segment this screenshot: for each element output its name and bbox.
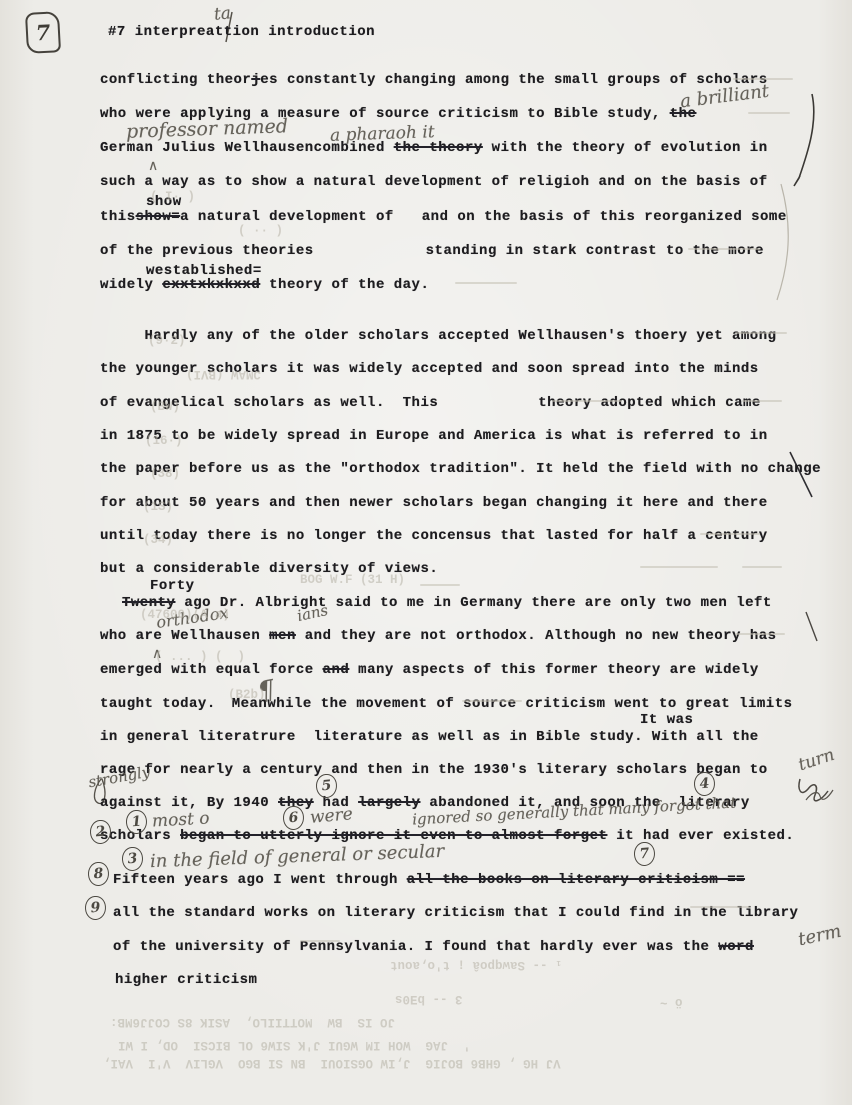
typed-text: such a way as to show a natural developm…: [100, 174, 768, 190]
typed-line: the paper before us as the "orthodox tra…: [100, 461, 821, 479]
handwritten-note: a pharaoh it: [330, 122, 435, 146]
bleed-text: ö ~: [660, 995, 683, 1009]
bleed-dash: [748, 112, 790, 114]
typed-line: conflicting theorjes constantly changing…: [100, 72, 768, 90]
scribble-tail: [806, 790, 833, 800]
bleed-text: (9·2): [148, 334, 186, 348]
bleed-dash: [742, 400, 782, 402]
typed-gap: [438, 405, 538, 406]
typed-line: such a way as to show a natural developm…: [100, 174, 768, 192]
bleed-dash: [735, 332, 787, 334]
typed-text: es constantly changing among the small g…: [260, 72, 767, 88]
typed-text: Forty: [150, 578, 195, 594]
scribble-mark: [799, 779, 828, 801]
struck-text: and: [323, 662, 350, 678]
typed-line: scholars began to utterly ignore it even…: [100, 828, 794, 846]
bleed-text: ' JAG WOH IM WGUI J'K SIW6 OL BICSI OD, …: [118, 1038, 471, 1052]
bleed-text: VJ HG , GHB6 BOJIG J,IW OGSIOUI BN SI BG…: [103, 1056, 561, 1070]
bleed-text: (38): [150, 467, 180, 481]
bleed-dash: [420, 584, 460, 586]
typed-line: of the university of Pennsylvania. I fou…: [113, 939, 754, 957]
typed-text: many aspects of this former theory are w…: [349, 662, 758, 678]
scanned-manuscript-page: 7 #7 interpreattion introductionconflict…: [0, 0, 852, 1105]
typed-line: who are Wellhausen men and they are not …: [100, 628, 777, 646]
typed-text: It was: [640, 712, 693, 728]
typed-line: It was: [640, 712, 693, 730]
bleed-text: ( I· ): [150, 190, 195, 204]
typed-text: of the university of Pennsylvania. I fou…: [113, 939, 718, 955]
handwritten-note: ∧: [148, 158, 158, 174]
typed-text: until today there is no longer the conce…: [100, 528, 768, 544]
typed-text: widely: [100, 277, 162, 293]
typed-text: it had ever existed.: [607, 828, 794, 844]
typed-text: for about 50 years and then newer schola…: [100, 495, 768, 511]
typed-text: rage for nearly a century and then in th…: [100, 762, 768, 778]
typed-text: Fifteen years ago I went through: [113, 872, 407, 888]
bleed-dash: [688, 248, 760, 250]
bleed-text: ( ·· ): [238, 224, 283, 238]
typed-line: thisshow=a natural development ofand on …: [100, 209, 787, 227]
typed-gap: [216, 706, 232, 707]
bleed-text: BOG W.F (31 H): [300, 573, 405, 587]
typed-line: in 1875 to be widely spread in Europe an…: [100, 428, 768, 446]
typed-text: who are Wellhausen: [100, 628, 269, 644]
typed-text: #7 interpreattion introduction: [108, 24, 375, 40]
bleed-dash: [742, 566, 782, 568]
typed-text: and they are not orthodox. Although no n…: [296, 628, 777, 644]
typed-text: theory adopted which came: [538, 395, 761, 411]
typed-text: higher criticism: [115, 972, 257, 988]
typed-text: Meanwhile the movement of source critici…: [232, 696, 793, 712]
struck-text: show=: [136, 209, 181, 225]
bleed-text: (16·): [145, 434, 183, 448]
handwritten-note: ta: [213, 3, 232, 24]
bleed-dash: [735, 633, 785, 635]
typed-text: and on the basis of this reorganized som…: [422, 209, 787, 225]
typed-text: taught today.: [100, 696, 216, 712]
typed-line: widely exxtxkxkxxd theory of the day.: [100, 277, 429, 295]
bleed-dash: [462, 700, 522, 702]
typed-text: conflicting theor: [100, 72, 251, 88]
bleed-text: ƆMAW (BVI): [186, 367, 261, 381]
margin-curve-faint: [777, 184, 788, 300]
typed-line: emerged with equal force and many aspect…: [100, 662, 759, 680]
bleed-text: (BW): [150, 400, 180, 414]
handwritten-note: most o: [152, 809, 211, 832]
margin-stroke-top: [794, 94, 814, 186]
typed-line: of the previous theoriesstanding in star…: [100, 243, 764, 261]
typed-text: this: [100, 209, 136, 225]
struck-text: all the books on literary criticism ==: [407, 872, 745, 888]
bleed-dash: [300, 940, 340, 942]
typed-text: Hardly any of the older scholars accepte…: [100, 328, 777, 344]
typed-line: Hardly any of the older scholars accepte…: [100, 328, 777, 346]
struck-text: largely: [358, 795, 420, 811]
handwritten-note: were: [309, 804, 353, 828]
typed-line: Fifteen years ago I went through all the…: [113, 872, 745, 890]
typed-text: standing in stark contrast to the more: [426, 243, 764, 259]
bleed-text: (34): [143, 533, 173, 547]
bleed-dash: [552, 400, 622, 402]
typed-text: the paper before us as the "orthodox tra…: [100, 461, 821, 477]
struck-text: word: [718, 939, 754, 955]
typed-line: higher criticism: [115, 972, 257, 990]
bleed-text: (47600)(A a): [140, 608, 230, 622]
typed-line: #7 interpreattion introduction: [108, 24, 375, 42]
bleed-dash: [690, 906, 750, 908]
typed-gap: [314, 253, 426, 254]
bleed-text: JO IS BW MOTTIILO, ASIK 8S COJJ6MB:: [110, 1015, 395, 1029]
typed-line: in general literatrure literature as wel…: [100, 729, 759, 747]
bleed-dash: [700, 533, 760, 535]
typed-text: emerged with equal force: [100, 662, 323, 678]
struck-text: men: [269, 628, 296, 644]
bleed-text: 3 -- bƎ0s: [395, 992, 463, 1006]
typed-line: German Julius Wellhausencombined the the…: [100, 140, 768, 158]
typed-text: a natural development of: [180, 209, 394, 225]
typed-line: taught today.Meanwhile the movement of s…: [100, 696, 793, 714]
typed-text: theory of the day.: [260, 277, 429, 293]
typed-text: ago Dr. Albright said to me in Germany t…: [175, 595, 771, 611]
bleed-text: (B2b): [228, 688, 266, 702]
typed-text: of the previous theories: [100, 243, 314, 259]
bleed-text: (1S): [143, 500, 173, 514]
bleed-text: ( ... ) ( ): [155, 650, 245, 664]
typed-gap: [394, 219, 422, 220]
typed-text: in general literatrure literature as wel…: [100, 729, 759, 745]
typed-line: Forty: [150, 578, 195, 596]
typed-text: in 1875 to be widely spread in Europe an…: [100, 428, 768, 444]
typed-line: of evangelical scholars as well. Thisthe…: [100, 395, 761, 413]
bleed-dash: [733, 78, 793, 80]
typed-text: with the theory of evolution in: [483, 140, 768, 156]
typed-line: for about 50 years and then newer schola…: [100, 495, 768, 513]
bleed-dash: [640, 566, 718, 568]
bleed-text: ₁ -- Sawqpoâ ¡ t'o,aout: [390, 958, 563, 972]
typed-line: rage for nearly a century and then in th…: [100, 762, 768, 780]
typed-line: until today there is no longer the conce…: [100, 528, 768, 546]
bleed-dash: [455, 282, 517, 284]
struck-text: exxtxkxkxxd: [162, 277, 260, 293]
margin-slash-small: [806, 612, 817, 641]
struck-text: j: [251, 72, 260, 88]
